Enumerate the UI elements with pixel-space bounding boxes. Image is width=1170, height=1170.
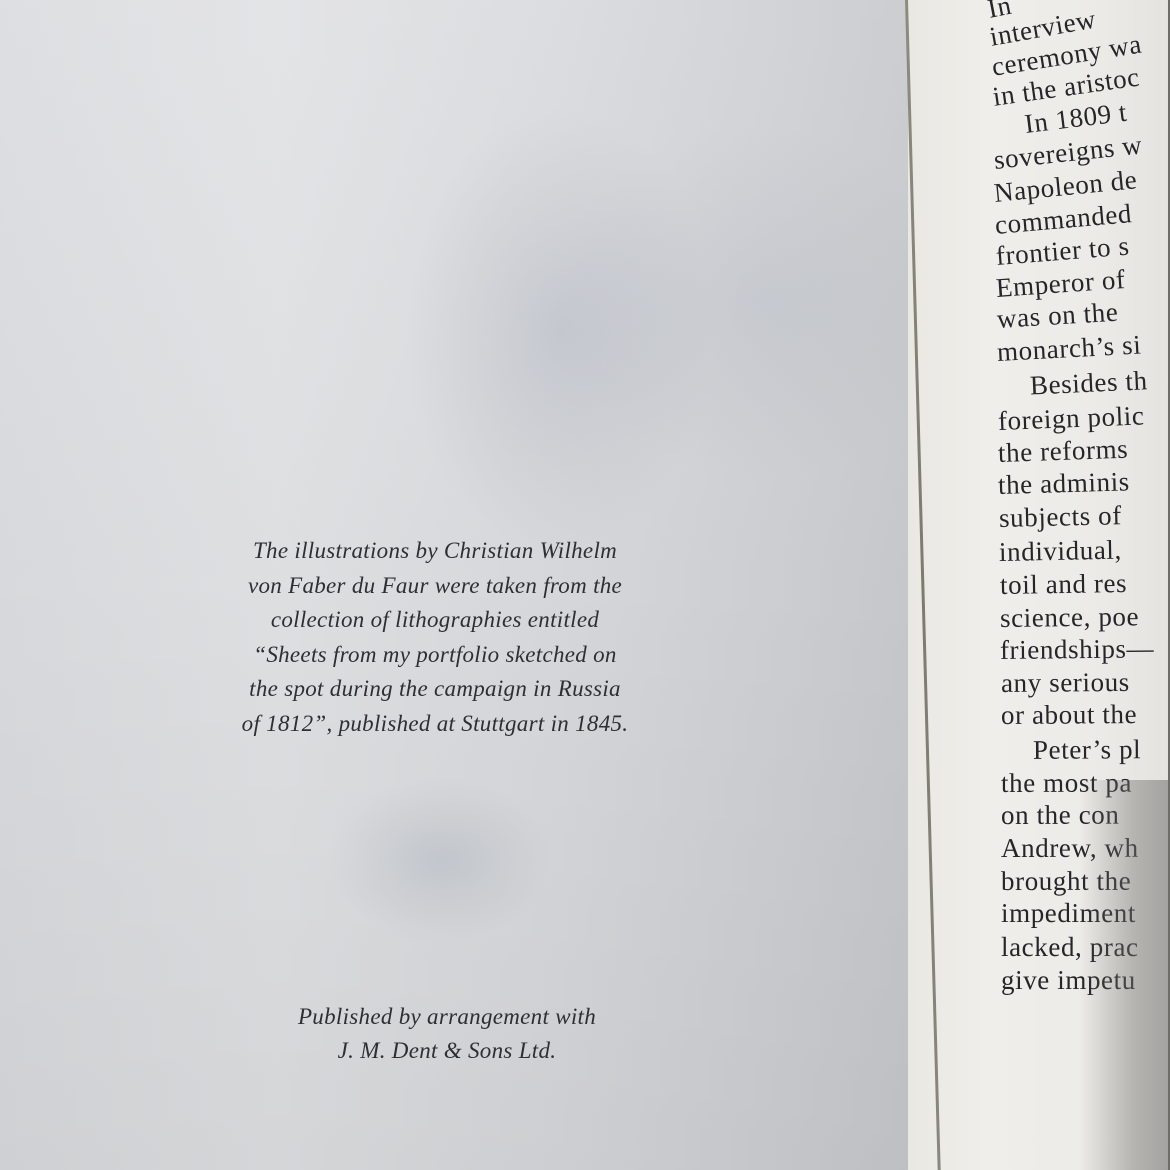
body-text-line: science, poe [1000,601,1140,634]
body-text-line: subjects of [999,500,1122,534]
publisher-note: Published by arrangement with J. M. Dent… [262,1000,632,1068]
body-text-line: any serious [1001,667,1130,699]
publisher-line: Published by arrangement with [262,1000,632,1034]
publisher-line: J. M. Dent & Sons Ltd. [262,1034,632,1068]
body-text-line: toil and res [1000,568,1128,601]
body-text-line: Peter’s pl [1001,734,1141,766]
body-text-line: friendships— [1000,633,1155,666]
open-book-photo: The illustrations by Christian Wilhelm v… [0,0,1170,1170]
caption-line: The illustrations by Christian Wilhelm [200,534,670,569]
caption-line: “Sheets from my portfolio sketched on [200,638,670,673]
body-text-line: the adminis [998,466,1131,501]
page-shadow [1080,780,1170,1170]
body-text-line: or about the [1001,699,1137,731]
caption-line: collection of lithographies entitled [200,603,670,638]
body-text-line: individual, [999,535,1122,568]
body-text-line: Besides th [997,365,1148,403]
illustration-credit-caption: The illustrations by Christian Wilhelm v… [200,534,670,741]
caption-line: von Faber du Faur were taken from the [200,569,670,604]
caption-line: of 1812”, published at Stuttgart in 1845… [200,707,670,742]
left-page: The illustrations by Christian Wilhelm v… [0,0,925,1170]
caption-line: the spot during the campaign in Russia [200,672,670,707]
body-text-line: the reforms [997,434,1128,469]
body-text-line: monarch’s si [996,329,1142,368]
body-text-line: was on the [996,297,1119,335]
body-text-line: foreign polic [997,400,1145,437]
